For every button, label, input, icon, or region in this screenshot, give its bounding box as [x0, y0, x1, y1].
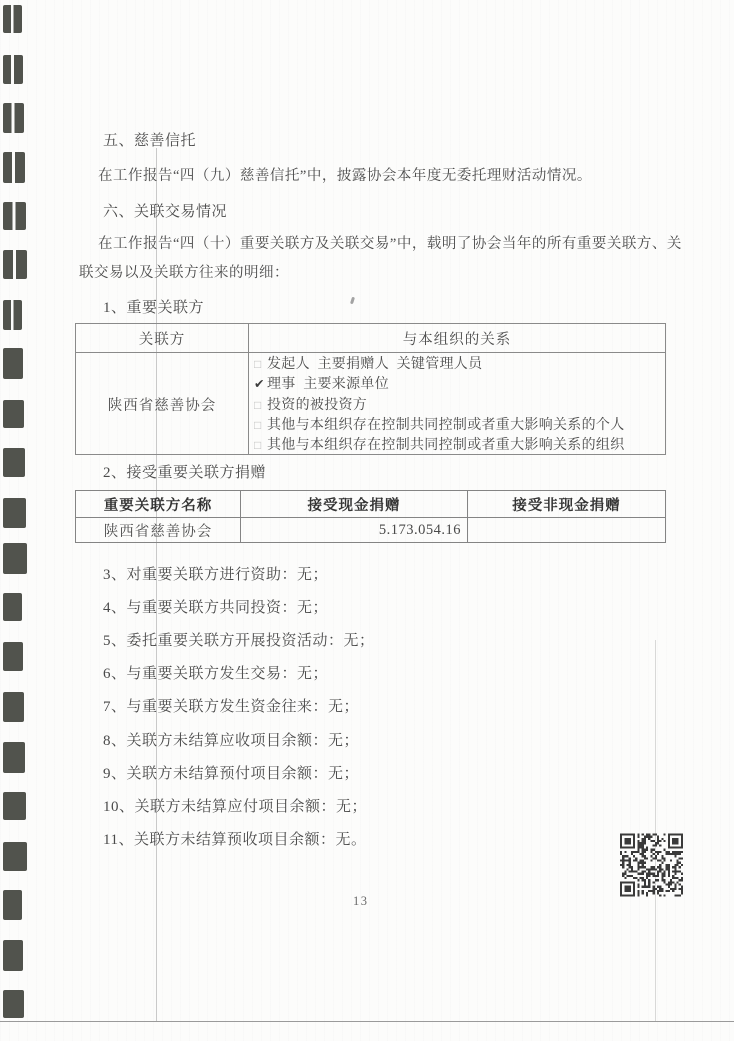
- qr-module: [637, 886, 639, 888]
- qr-module: [637, 851, 639, 853]
- binding-mark: [3, 348, 23, 379]
- qr-module: [644, 849, 646, 851]
- qr-module: [644, 862, 646, 864]
- qr-module: [650, 851, 652, 853]
- relationship-option: □其他与本组织存在控制共同控制或者重大影响关系的组织: [254, 435, 665, 455]
- qr-module: [629, 866, 631, 868]
- qr-module: [661, 890, 663, 892]
- qr-module: [629, 875, 631, 877]
- qr-module: [637, 868, 639, 870]
- qr-module: [627, 855, 629, 857]
- qr-module: [657, 860, 659, 862]
- qr-module: [650, 836, 652, 838]
- binding-mark: [3, 890, 22, 920]
- qr-module: [666, 868, 668, 870]
- qr-module: [637, 894, 639, 896]
- qr-module: [666, 864, 668, 866]
- qr-module: [640, 860, 642, 862]
- qr-module: [672, 851, 674, 853]
- qr-module: [637, 879, 639, 881]
- list-item-9: 9、关联方未结算预付项目余额：无；: [103, 762, 359, 783]
- qr-module: [637, 864, 639, 866]
- qr-module: [620, 864, 622, 866]
- qr-module: [642, 851, 644, 853]
- qr-module: [648, 838, 650, 840]
- qr-module: [657, 836, 659, 838]
- qr-module: [659, 888, 661, 890]
- qr-module: [681, 879, 683, 881]
- qr-module: [681, 864, 683, 866]
- qr-module: [653, 844, 655, 846]
- qr-module: [681, 892, 683, 894]
- qr-module: [622, 873, 624, 875]
- qr-module: [650, 855, 652, 857]
- qr-module: [650, 860, 652, 862]
- qr-module: [659, 840, 661, 842]
- qr-module: [681, 873, 683, 875]
- qr-module: [624, 860, 626, 862]
- qr-module: [657, 886, 659, 888]
- qr-module: [655, 888, 657, 890]
- qr-module: [633, 870, 635, 872]
- qr-module: [653, 881, 655, 883]
- qr-module: [640, 842, 642, 844]
- qr-module: [640, 844, 642, 846]
- qr-module: [663, 870, 665, 872]
- qr-module: [622, 855, 624, 857]
- qr-module: [681, 857, 683, 859]
- binding-mark: [3, 940, 23, 971]
- qr-module: [681, 851, 683, 853]
- qr-module: [620, 853, 622, 855]
- binding-mark: [3, 250, 27, 279]
- qr-module: [679, 883, 681, 885]
- qr-module: [666, 883, 668, 885]
- binding-mark: [3, 5, 22, 33]
- qr-module: [644, 866, 646, 868]
- qr-module: [672, 890, 674, 892]
- qr-module: [620, 860, 622, 862]
- qr-module: [640, 877, 642, 879]
- qr-module: [661, 862, 663, 864]
- qr-module: [629, 870, 631, 872]
- qr-module: [679, 866, 681, 868]
- qr-module: [650, 840, 652, 842]
- qr-module: [642, 866, 644, 868]
- binding-mark: [3, 543, 27, 574]
- qr-module: [672, 853, 674, 855]
- qr-module: [646, 857, 648, 859]
- qr-module: [655, 868, 657, 870]
- qr-module: [640, 853, 642, 855]
- qr-module: [659, 894, 661, 896]
- qr-module: [655, 857, 657, 859]
- header-cell-party: 关联方: [76, 324, 249, 352]
- qr-module: [629, 864, 631, 866]
- qr-module: [657, 875, 659, 877]
- qr-module: [659, 864, 661, 866]
- qr-module: [653, 840, 655, 842]
- qr-module: [676, 864, 678, 866]
- qr-module: [653, 849, 655, 851]
- qr-module: [627, 875, 629, 877]
- qr-module: [676, 860, 678, 862]
- qr-module: [640, 847, 642, 849]
- qr-module: [642, 855, 644, 857]
- qr-module: [629, 862, 631, 864]
- checkbox-icon: □: [254, 395, 267, 415]
- qr-module: [663, 834, 665, 836]
- qr-module: [655, 842, 657, 844]
- qr-module: [676, 877, 678, 879]
- qr-module: [663, 860, 665, 862]
- qr-module: [674, 870, 676, 872]
- qr-module: [668, 890, 670, 892]
- qr-module: [644, 842, 646, 844]
- qr-module: [668, 851, 670, 853]
- qr-module: [642, 892, 644, 894]
- binding-mark: [3, 990, 24, 1018]
- qr-module: [676, 870, 678, 872]
- qr-module: [657, 842, 659, 844]
- qr-module: [670, 853, 672, 855]
- qr-module: [659, 890, 661, 892]
- qr-module: [674, 886, 676, 888]
- qr-module: [648, 836, 650, 838]
- qr-module: [668, 870, 670, 872]
- qr-module: [633, 855, 635, 857]
- qr-module: [674, 868, 676, 870]
- qr-module: [653, 890, 655, 892]
- qr-module: [661, 888, 663, 890]
- qr-module: [642, 849, 644, 851]
- qr-module: [670, 881, 672, 883]
- qr-module: [674, 894, 676, 896]
- section-5-heading: 五、慈善信托: [103, 129, 196, 150]
- page-bottom-edge-line: [0, 1021, 734, 1022]
- qr-module: [661, 875, 663, 877]
- qr-module: [679, 870, 681, 872]
- qr-module: [648, 834, 650, 836]
- qr-module: [646, 873, 648, 875]
- relationship-option: □发起人 主要捐赠人 关键管理人员: [254, 354, 665, 374]
- qr-module: [657, 892, 659, 894]
- qr-module: [668, 853, 670, 855]
- qr-module: [631, 853, 633, 855]
- qr-module: [640, 862, 642, 864]
- qr-module: [622, 866, 624, 868]
- qr-module: [622, 875, 624, 877]
- qr-module: [644, 857, 646, 859]
- qr-module: [681, 888, 683, 890]
- qr-module: [631, 875, 633, 877]
- qr-module: [657, 866, 659, 868]
- qr-module: [644, 886, 646, 888]
- qr-module: [670, 879, 672, 881]
- qr-module: [672, 888, 674, 890]
- relationship-option-label: 其他与本组织存在控制共同控制或者重大影响关系的个人: [267, 418, 625, 433]
- binding-mark: [3, 202, 26, 230]
- party-name-cell: 陕西省慈善协会: [76, 518, 241, 543]
- qr-module: [622, 860, 624, 862]
- qr-module: [648, 870, 650, 872]
- binding-mark: [3, 498, 26, 528]
- qr-module: [661, 877, 663, 879]
- qr-module: [668, 883, 670, 885]
- qr-module: [655, 875, 657, 877]
- qr-module: [646, 834, 648, 836]
- qr-module: [659, 868, 661, 870]
- page-number: 13: [353, 894, 369, 909]
- qr-module: [661, 873, 663, 875]
- party-name-cell: 陕西省慈善协会: [76, 353, 249, 455]
- qr-module: [666, 866, 668, 868]
- qr-module: [633, 860, 635, 862]
- qr-module: [642, 864, 644, 866]
- binding-mark: [3, 103, 24, 133]
- scan-speck: [350, 297, 355, 305]
- qr-module: [646, 892, 648, 894]
- qr-module: [674, 883, 676, 885]
- qr-module: [631, 851, 633, 853]
- qr-module: [635, 870, 637, 872]
- section-6-paragraph-line1: 在工作报告“四（十）重要关联方及关联交易”中，载明了协会当年的所有重要关联方、关: [98, 232, 682, 253]
- qr-module: [653, 873, 655, 875]
- binding-mark: [3, 792, 26, 820]
- qr-module: [674, 855, 676, 857]
- relationship-option-label: 发起人 主要捐赠人 关键管理人员: [267, 357, 482, 372]
- relationship-options-cell: □发起人 主要捐赠人 关键管理人员 ✔理事 主要来源单位 □投资的被投资方 □其…: [249, 353, 665, 455]
- noncash-donation-cell: [468, 518, 665, 543]
- qr-module: [663, 849, 665, 851]
- qr-module: [637, 844, 639, 846]
- qr-module: [668, 864, 670, 866]
- qr-module: [627, 864, 629, 866]
- qr-module: [648, 875, 650, 877]
- qr-module: [646, 868, 648, 870]
- qr-module: [661, 855, 663, 857]
- qr-module: [646, 875, 648, 877]
- qr-module: [642, 834, 644, 836]
- qr-module: [668, 866, 670, 868]
- qr-module: [637, 847, 639, 849]
- qr-module: [640, 866, 642, 868]
- binding-mark: [3, 642, 23, 671]
- qr-module: [646, 877, 648, 879]
- qr-module: [642, 847, 644, 849]
- qr-module: [642, 862, 644, 864]
- qr-module: [655, 844, 657, 846]
- qr-module: [642, 838, 644, 840]
- qr-module: [659, 866, 661, 868]
- relationship-option: □投资的被投资方: [254, 395, 665, 415]
- qr-module: [642, 860, 644, 862]
- scanned-document-page: 五、慈善信托 在工作报告“四（九）慈善信托”中，披露协会本年度无委托理财活动情况…: [0, 0, 734, 1041]
- qr-module: [674, 853, 676, 855]
- qr-module: [653, 888, 655, 890]
- qr-module: [642, 853, 644, 855]
- qr-module: [661, 879, 663, 881]
- qr-module: [642, 844, 644, 846]
- qr-module: [679, 851, 681, 853]
- qr-module: [679, 879, 681, 881]
- checkbox-icon: □: [254, 435, 267, 455]
- list-item-6: 6、与重要关联方发生交易：无；: [103, 662, 328, 683]
- qr-module: [670, 860, 672, 862]
- qr-module: [637, 883, 639, 885]
- qr-module: [663, 857, 665, 859]
- qr-module: [650, 873, 652, 875]
- qr-module: [661, 838, 663, 840]
- checkmark-icon: ✔: [254, 374, 267, 394]
- qr-module: [622, 862, 624, 864]
- qr-module: [679, 857, 681, 859]
- qr-module: [646, 849, 648, 851]
- qr-module: [624, 886, 631, 893]
- cash-donation-cell: 5.173.054.16: [241, 518, 468, 543]
- qr-module: [657, 851, 659, 853]
- qr-module: [642, 886, 644, 888]
- qr-module: [644, 855, 646, 857]
- qr-module: [653, 886, 655, 888]
- qr-module: [663, 840, 665, 842]
- list-item-8: 8、关联方未结算应收项目余额：无；: [103, 729, 359, 750]
- qr-module: [648, 886, 650, 888]
- list-item-5: 5、委托重要关联方开展投资活动：无；: [103, 629, 375, 650]
- section-6-heading: 六、关联交易情况: [103, 200, 227, 221]
- qr-module: [659, 870, 661, 872]
- qr-module: [653, 875, 655, 877]
- qr-module: [674, 888, 676, 890]
- qr-module: [661, 857, 663, 859]
- qr-module: [650, 868, 652, 870]
- qr-module: [666, 851, 668, 853]
- qr-module: [635, 877, 637, 879]
- qr-module: [663, 894, 665, 896]
- list-item-3: 3、对重要关联方进行资助：无；: [103, 563, 328, 584]
- qr-module: [676, 862, 678, 864]
- qr-module: [657, 870, 659, 872]
- qr-module: [681, 877, 683, 879]
- binding-mark: [3, 593, 22, 621]
- qr-module: [642, 842, 644, 844]
- qr-module: [631, 868, 633, 870]
- relationship-option: □其他与本组织存在控制共同控制或者重大影响关系的个人: [254, 415, 665, 435]
- qr-module: [674, 873, 676, 875]
- qr-module: [659, 886, 661, 888]
- item-1-heading: 1、重要关联方: [103, 296, 204, 317]
- qr-module: [644, 883, 646, 885]
- binding-mark: [3, 842, 27, 871]
- qr-module: [640, 873, 642, 875]
- qr-module: [661, 868, 663, 870]
- qr-module: [627, 860, 629, 862]
- qr-module: [637, 842, 639, 844]
- qr-module: [653, 866, 655, 868]
- qr-module: [672, 875, 674, 877]
- binding-mark: [3, 300, 22, 330]
- header-cell-relationship: 与本组织的关系: [249, 324, 665, 352]
- qr-module: [642, 890, 644, 892]
- binding-mark: [3, 742, 25, 773]
- qr-module: [629, 860, 631, 862]
- qr-module: [644, 851, 646, 853]
- qr-module: [674, 851, 676, 853]
- qr-module: [624, 873, 626, 875]
- qr-module: [633, 877, 635, 879]
- qr-module: [672, 870, 674, 872]
- qr-module: [653, 853, 655, 855]
- qr-module: [637, 840, 639, 842]
- qr-module: [679, 894, 681, 896]
- qr-module: [674, 877, 676, 879]
- qr-module: [646, 847, 648, 849]
- qr-module: [624, 855, 626, 857]
- qr-module: [644, 879, 646, 881]
- qr-module: [657, 838, 659, 840]
- qr-module: [663, 879, 665, 881]
- qr-module: [642, 870, 644, 872]
- checkbox-icon: □: [254, 415, 267, 435]
- qr-module: [676, 853, 678, 855]
- qr-module: [624, 870, 626, 872]
- qr-module: [650, 849, 652, 851]
- qr-module: [637, 873, 639, 875]
- qr-module: [676, 881, 678, 883]
- qr-code: [620, 833, 683, 897]
- scan-fold-line-right: [655, 640, 656, 1022]
- qr-module: [679, 862, 681, 864]
- qr-module: [642, 873, 644, 875]
- qr-module: [633, 851, 635, 853]
- list-item-11: 11、关联方未结算预收项目余额：无。: [103, 828, 366, 849]
- qr-module: [659, 860, 661, 862]
- qr-module: [674, 864, 676, 866]
- qr-module: [657, 840, 659, 842]
- qr-module: [653, 834, 655, 836]
- qr-module: [644, 836, 646, 838]
- qr-module: [631, 870, 633, 872]
- qr-module: [668, 875, 670, 877]
- relationship-option-label: 投资的被投资方: [267, 398, 367, 413]
- qr-module: [624, 851, 626, 853]
- qr-module: [674, 866, 676, 868]
- qr-module: [644, 870, 646, 872]
- qr-module: [642, 879, 644, 881]
- binding-mark: [3, 692, 24, 722]
- qr-module: [631, 866, 633, 868]
- qr-module: [676, 894, 678, 896]
- qr-module: [629, 857, 631, 859]
- qr-module: [648, 883, 650, 885]
- qr-module: [648, 873, 650, 875]
- qr-module: [666, 890, 668, 892]
- qr-module: [653, 868, 655, 870]
- qr-module: [637, 892, 639, 894]
- relationship-option-label: 理事 主要来源单位: [267, 377, 389, 392]
- qr-module: [637, 834, 639, 836]
- qr-module: [663, 873, 665, 875]
- qr-module: [648, 868, 650, 870]
- qr-module: [657, 879, 659, 881]
- qr-module: [659, 851, 661, 853]
- related-party-table: 关联方 与本组织的关系 陕西省慈善协会 □发起人 主要捐赠人 关键管理人员 ✔理…: [75, 323, 666, 455]
- binding-mark: [3, 400, 24, 428]
- qr-module: [620, 851, 622, 853]
- qr-module: [635, 851, 637, 853]
- list-item-7: 7、与重要关联方发生资金往来：无；: [103, 695, 359, 716]
- qr-module: [622, 857, 624, 859]
